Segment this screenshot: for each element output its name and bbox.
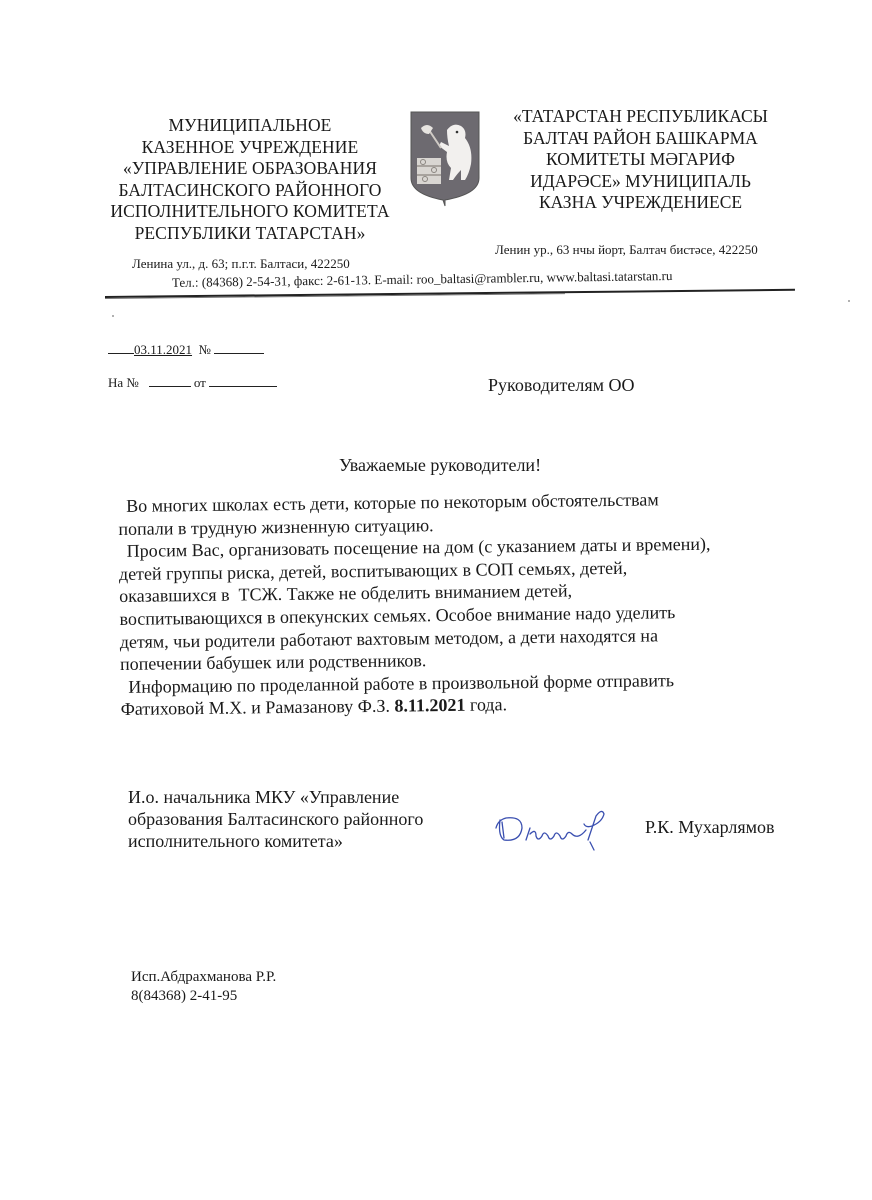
number-label: № <box>199 342 211 357</box>
letter-body: Во многих школах есть дети, которые по н… <box>118 487 761 721</box>
scan-speck <box>112 315 114 317</box>
org-name-line: «ТАТАРСТАН РЕСПУБЛИКАСЫ <box>488 106 793 128</box>
executor-phone: 8(84368) 2-41-95 <box>131 987 276 1006</box>
address-right: Ленин ур., 63 нчы йорт, Балтач бистәсе, … <box>495 242 758 258</box>
position-line: исполнительного комитета» <box>128 830 488 852</box>
org-name-line: ИДАРӘСЕ» МУНИЦИПАЛЬ <box>488 171 793 193</box>
org-name-line: ИСПОЛНИТЕЛЬНОГО КОМИТЕТА <box>95 201 405 223</box>
date-prefix-blank <box>108 341 134 354</box>
executor-name: Исп.Абдрахманова Р.Р. <box>131 968 276 987</box>
executor-info: Исп.Абдрахманова Р.Р. 8(84368) 2-41-95 <box>131 968 276 1006</box>
reply-number-blank <box>149 374 191 387</box>
org-name-line: «УПРАВЛЕНИЕ ОБРАЗОВАНИЯ <box>95 158 405 180</box>
recipients: Фатиховой М.Х. и Рамазанову Ф.З. <box>120 696 394 719</box>
signer-name: Р.К. Мухарлямов <box>645 817 775 838</box>
reply-number-label: На № <box>108 375 139 390</box>
deadline-suffix: года. <box>465 695 507 716</box>
org-name-line: МУНИЦИПАЛЬНОЕ <box>95 115 405 137</box>
org-name-line: РЕСПУБЛИКИ ТАТАРСТАН» <box>95 223 405 245</box>
org-name-line: КАЗНА УЧРЕЖДЕНИЕСЕ <box>488 192 793 214</box>
reply-line: На № от <box>108 374 277 391</box>
reply-from-label: от <box>194 375 206 390</box>
position-line: И.о. начальника МКУ «Управление <box>128 786 488 808</box>
letterhead-right-org: «ТАТАРСТАН РЕСПУБЛИКАСЫ БАЛТАЧ РАЙОН БАШ… <box>488 106 793 214</box>
org-name-line: БАЛТАСИНСКОГО РАЙОННОГО <box>95 180 405 202</box>
addressee: Руководителям ОО <box>488 375 635 396</box>
reply-date-blank <box>209 374 277 387</box>
coat-of-arms-icon <box>407 108 483 208</box>
deadline-date: 8.11.2021 <box>394 695 465 716</box>
handwritten-signature-icon <box>492 806 617 856</box>
registration-line: 03.11.2021 № <box>108 341 264 358</box>
letterhead-left-org: МУНИЦИПАЛЬНОЕ КАЗЕННОЕ УЧРЕЖДЕНИЕ «УПРАВ… <box>95 115 405 244</box>
number-blank <box>214 341 264 354</box>
org-name-line: БАЛТАЧ РАЙОН БАШКАРМА <box>488 128 793 150</box>
org-name-line: КОМИТЕТЫ МӘГАРИФ <box>488 149 793 171</box>
org-name-line: КАЗЕННОЕ УЧРЕЖДЕНИЕ <box>95 137 405 159</box>
scan-speck <box>848 300 850 302</box>
document-date: 03.11.2021 <box>134 342 192 357</box>
salutation: Уважаемые руководители! <box>339 455 541 476</box>
address-left: Ленина ул., д. 63; п.г.т. Балтаси, 42225… <box>132 256 350 272</box>
position-line: образования Балтасинского районного <box>128 808 488 830</box>
signatory-position: И.о. начальника МКУ «Управление образова… <box>128 786 488 852</box>
